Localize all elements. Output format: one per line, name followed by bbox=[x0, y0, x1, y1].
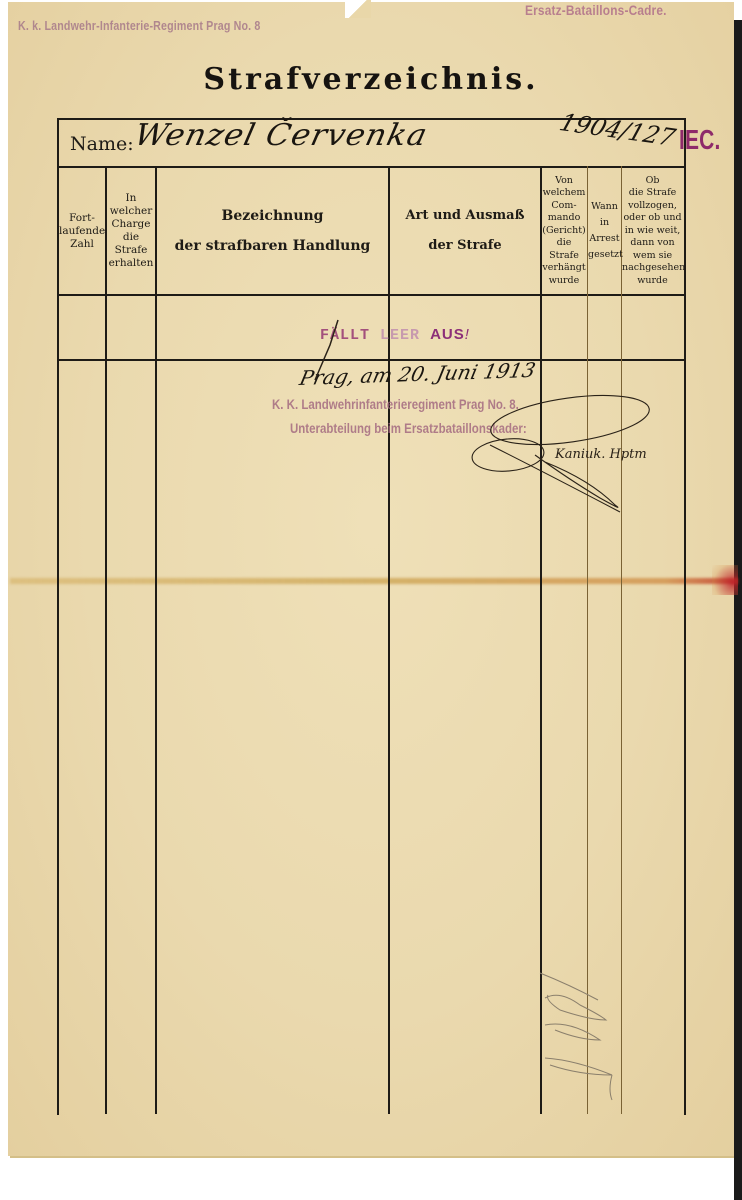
pen-stroke-icon bbox=[315, 320, 338, 380]
handwriting-flourishes bbox=[0, 0, 742, 1200]
signature-flourish-icon bbox=[471, 387, 653, 512]
pencil-scribble-icon bbox=[540, 973, 612, 1100]
